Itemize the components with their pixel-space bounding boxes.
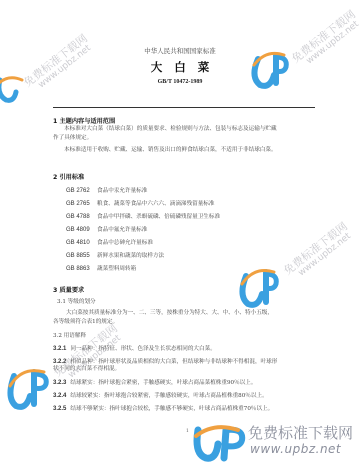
up-logo-icon (236, 262, 280, 310)
reference-item: GB 8855新鲜水果和蔬菜的取样方法 (66, 251, 164, 259)
header-divider (53, 107, 315, 108)
reference-item: GB 2765粮食、蔬菜等食品中六六六、滴滴涕残留量标准 (66, 199, 214, 207)
brand-name: 免费标准下载网 (248, 422, 353, 443)
definition-item: 3.2.4结球较紧实：指叶球抱合较紧密，手触感较硬实，叶球占商品植株重80％以上… (53, 391, 268, 399)
up-logo-icon (4, 362, 50, 412)
brand-url: www.upbz.net (250, 442, 341, 456)
section-3-1-para-line-1: 大白菜按其质量标准分为一、二、三等，按株重分为特大、大、中、小、特小五级， (66, 309, 273, 318)
page-number: 1 (186, 429, 189, 434)
section-3-heading: 3 质量要求 (53, 285, 84, 294)
document-page: 中华人民共和国国家标准 大白菜 GB/T 10472-1989 1 主题内容与适… (0, 0, 360, 466)
reference-item: GB 8863蔬菜塑料周转箱 (66, 264, 136, 272)
up-logo-icon (248, 45, 290, 91)
reference-item: GB 4788食品中甲拌磷、杀螟硫磷、倍硫磷残留量卫生标准 (66, 212, 220, 220)
section-3-2-heading: 3.2 用语解释 (53, 331, 86, 339)
brand-watermark: 免费标准下载网 www.upbz.net (190, 420, 355, 464)
reference-item: GB 4810食品中总砷允许量标准 (66, 238, 153, 246)
up-logo-icon (0, 72, 28, 106)
section-3-1-heading: 3.1 等级的划分 (57, 297, 96, 305)
section-2-heading: 2 引用标准 (53, 172, 84, 181)
section-1-para-1-line-1: 本标准对大白菜（结球白菜）的质量要求、检验规则与方法、包装与标志及运输与贮藏 (64, 125, 277, 134)
reference-item: GB 2762食品中汞允许量标准 (66, 186, 147, 194)
watermark-text: 免费标准下载网 www.upbz.net (282, 221, 356, 285)
section-1-heading: 1 主题内容与适用范围 (53, 116, 115, 125)
definition-item: 3.2.3结球紧实：指叶球抱合紧密，手触感硬实，叶球占商品菜植株重90％以上。 (53, 378, 256, 386)
reference-item: GB 4809食品中氟允许量标准 (66, 225, 147, 233)
section-1-para-2: 本标准适用于收购、贮藏、运输、销售及出口的鲜食结球白菜，不适用于非结球白菜。 (64, 146, 277, 155)
section-1-para-1-line-2: 作了具体规定。 (53, 134, 92, 143)
definition-item: 3.2.5结球不够紧实：指叶球抱合较松，手触感不够硬实，叶球占商品植株重70％以… (53, 404, 273, 412)
up-logo-icon (192, 424, 246, 462)
